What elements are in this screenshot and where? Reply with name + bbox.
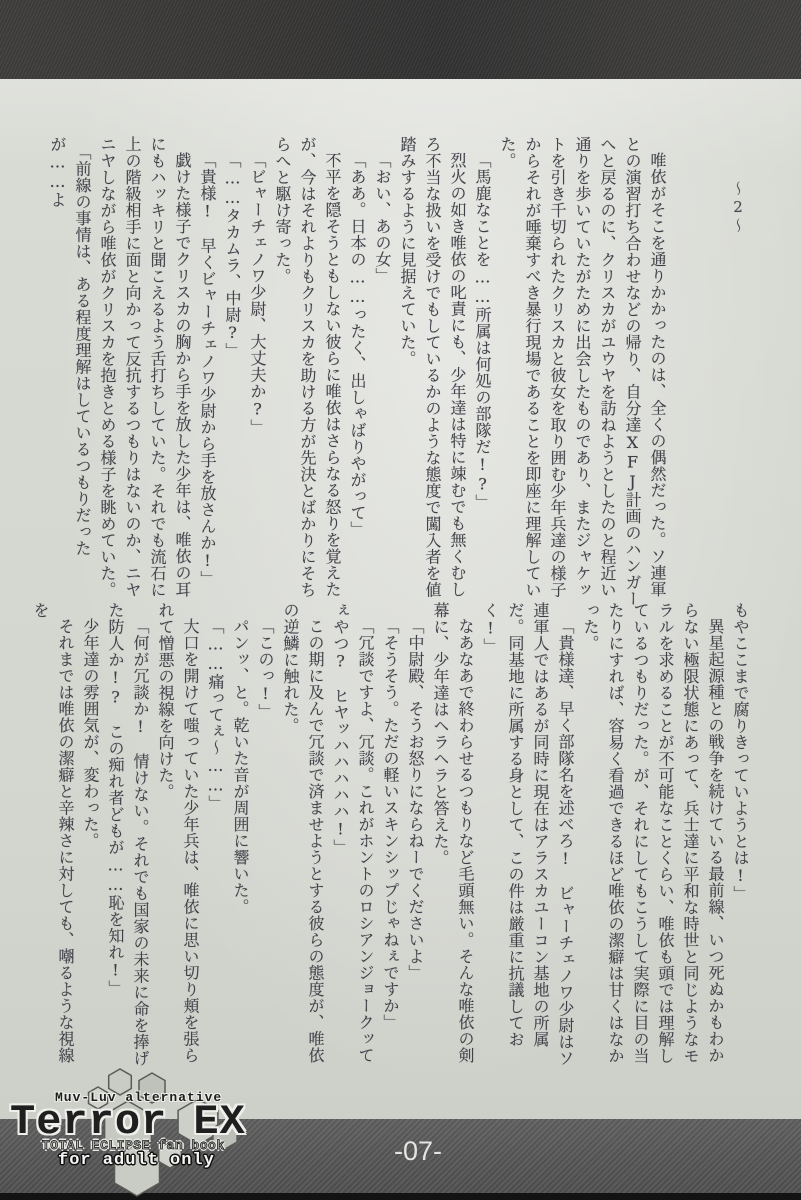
story-paragraph: 「そうそう。ただの軽いスキンシップじゃねぇですか」 — [378, 602, 403, 1076]
story-paragraph: 異星起源種との戦争を続けている最前線、いつ死ぬかもわからない極限状態にあって、兵… — [578, 602, 728, 1076]
story-paragraph: 「中尉殿、そうお怒りにならねーでくださいよ」 — [403, 602, 428, 1076]
logo-rating: for adult only — [58, 1151, 215, 1170]
story-paragraph: 「このっ!」 — [253, 602, 278, 1076]
story-paragraph: この期に及んで冗談で済ませようとする彼らの態度が、唯依の逆鱗に触れた。 — [278, 602, 328, 1076]
story-text-block-top: 唯依がそこを通りかかったのは、全くの偶然だった。ソ連軍との演習打ち合わせなどの帰… — [45, 136, 670, 610]
story-paragraph: 「馬鹿なことを……所属は何処の部隊だ!?」 — [470, 136, 495, 610]
page-number: -07- — [394, 1136, 442, 1167]
story-paragraph: 「貴様! 早くビャーチェノワ少尉から手を放さんか!」 — [195, 136, 220, 610]
top-scan-band — [0, 0, 801, 79]
story-paragraph: 「……痛ってぇ〜……」 — [203, 602, 228, 1076]
story-paragraph: 「ビャーチェノワ少尉、大丈夫か?」 — [245, 136, 270, 610]
story-paragraph: 「冗談ですよ、冗談。これがホントのロシアンジョークッてぇやつ? ヒヤッハハハハハ… — [328, 602, 378, 1076]
scanned-doujin-page: { "page": { "section_marker": "〜2〜", "pa… — [0, 0, 801, 1200]
story-paragraph: 「貴様達、早く部隊名を述べろ! ビャーチェノワ少尉はソ連軍人ではあるが同時に現在… — [478, 602, 578, 1076]
story-paragraph: なあなあで終わらせるつもりなど毛頭無い。そんな唯依の剣幕に、少年達はヘラヘラと答… — [428, 602, 478, 1076]
story-paragraph: 烈火の如き唯依の叱責にも、少年達は特に竦むでも無くむしろ不当な扱いを受けでもして… — [395, 136, 470, 610]
story-paragraph: パンッ、と。乾いた音が周囲に響いた。 — [228, 602, 253, 1076]
story-paragraph: 「おい、あの女」 — [370, 136, 395, 610]
story-paragraph: 少年達の雰囲気が、変わった。 — [78, 602, 103, 1076]
story-paragraph: 唯依がそこを通りかかったのは、全くの偶然だった。ソ連軍との演習打ち合わせなどの帰… — [495, 136, 670, 610]
story-paragraph: 「前線の事情は、ある程度理解はしているつもりだったが……よ — [45, 136, 95, 610]
story-paragraph: それまでは唯依の潔癖と辛辣さに対しても、嘲るような視線を — [28, 602, 78, 1076]
story-paragraph: 戯けた様子でクリスカの胸から手を放した少年は、唯依の耳にもハッキリと聞こえるよう… — [95, 136, 195, 610]
story-paragraph: 「何が冗談か! 情けない。それでも国家の未来に命を捧げた防人か!? この痴れ者ど… — [103, 602, 153, 1076]
story-paragraph: もやここまで腐りきっていようとは!」 — [728, 602, 753, 1076]
story-paragraph: 大口を開けて嗤っていた少年兵は、唯依に思い切り頬を張られて憎悪の視線を向けた。 — [153, 602, 203, 1076]
section-marker: 〜2〜 — [728, 181, 749, 235]
story-paragraph: 「ああ。日本の……ったく、出しゃばりやがって」 — [345, 136, 370, 610]
story-paragraph: 「……タカムラ、中尉?」 — [220, 136, 245, 610]
story-paragraph: 不平を隠そうともしない彼らに唯依はさらなる怒りを覚えたが、今はそれよりもクリスカ… — [270, 136, 345, 610]
story-text-block-bottom: もやここまで腐りきっていようとは!」異星起源種との戦争を続けている最前線、いつ死… — [28, 602, 753, 1076]
